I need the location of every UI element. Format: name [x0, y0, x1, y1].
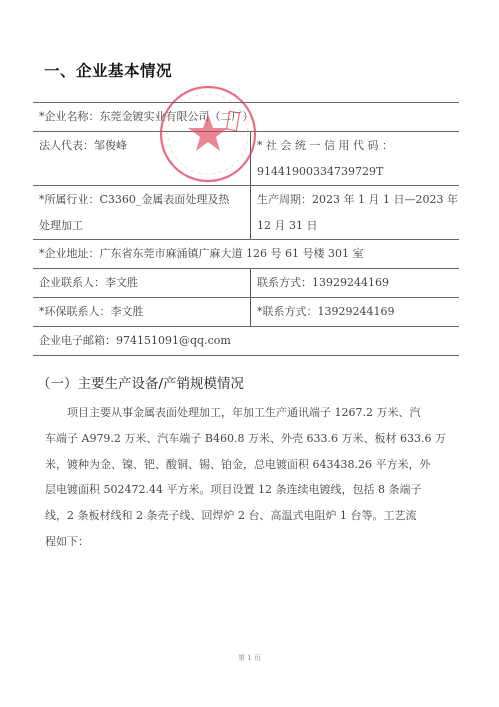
- credit-code-label: * 社 会 统 一 信 用 代 码 ：: [257, 133, 459, 159]
- industry-line-1: *所属行业：C3360_金属表面处理及热: [39, 187, 250, 213]
- section-title: （一）主要生产设备/产销规模情况: [37, 372, 244, 392]
- paragraph-line: 车端子 A979.2 万米、汽车端子 B460.8 万米、外壳 633.6 万米…: [45, 426, 459, 452]
- page-number: 第 1 页: [0, 653, 499, 663]
- table-row-industry: *所属行业：C3360_金属表面处理及热 处理加工 生产周期：2023 年 1 …: [33, 186, 459, 240]
- paragraph-line: 项目主要从事金属表面处理加工，年加工生产通讯端子 1267.2 万米、汽: [45, 400, 459, 426]
- table-row-email: 企业电子邮箱：974151091@qq.com: [33, 327, 459, 356]
- paragraph-line: 米，镀种为金、镍、钯、酸铜、锡、铂金，总电镀面积 643438.26 平方米，外: [45, 452, 459, 478]
- page-heading: 一、企业基本情况: [44, 59, 172, 81]
- env-contact-person-cell: *环保联系人：李文胜: [33, 298, 251, 326]
- production-period-cell: 生产周期：2023 年 1 月 1 日—2023 年 12 月 31 日: [251, 186, 459, 239]
- paragraph-line: 层电镀面积 502472.44 平方米。项目设置 12 条连续电镀线，包括 8 …: [45, 477, 459, 503]
- period-line-2: 12 月 31 日: [257, 213, 459, 239]
- period-line-1: 生产周期：2023 年 1 月 1 日—2023 年: [257, 187, 459, 213]
- company-name-cell: *企业名称：东莞金镀实业有限公司（二厂）: [33, 103, 459, 131]
- paragraph-line: 线，2 条板材线和 2 条壳子线、回焊炉 2 台、高温式电阻炉 1 台等。工艺流: [45, 503, 459, 529]
- env-contact-phone-cell: *联系方式：13929244169: [251, 298, 459, 326]
- credit-code-cell: * 社 会 统 一 信 用 代 码 ： 91441900334739729T: [251, 132, 459, 185]
- legal-rep-cell: 法人代表：邹俊峰: [33, 132, 251, 185]
- email-cell: 企业电子邮箱：974151091@qq.com: [33, 327, 459, 355]
- table-row-company-name: *企业名称：东莞金镀实业有限公司（二厂）: [33, 103, 459, 132]
- industry-cell: *所属行业：C3360_金属表面处理及热 处理加工: [33, 186, 251, 239]
- table-row-address: *企业地址：广东省东莞市麻涌镇广麻大道 126 号 61 号楼 301 室: [33, 240, 459, 269]
- contact-person-cell: 企业联系人：李文胜: [33, 269, 251, 297]
- credit-code-value: 91441900334739729T: [257, 159, 459, 185]
- enterprise-info-table: *企业名称：东莞金镀实业有限公司（二厂） 法人代表：邹俊峰 * 社 会 统 一 …: [33, 102, 459, 356]
- table-row-contact: 企业联系人：李文胜 联系方式：13929244169: [33, 269, 459, 298]
- address-cell: *企业地址：广东省东莞市麻涌镇广麻大道 126 号 61 号楼 301 室: [33, 240, 459, 268]
- industry-line-2: 处理加工: [39, 213, 250, 239]
- legal-rep-text: 法人代表：邹俊峰: [39, 133, 250, 159]
- contact-phone-cell: 联系方式：13929244169: [251, 269, 459, 297]
- paragraph-line: 程如下：: [45, 529, 459, 555]
- table-row-legal-rep: 法人代表：邹俊峰 * 社 会 统 一 信 用 代 码 ： 91441900334…: [33, 132, 459, 186]
- production-description: 项目主要从事金属表面处理加工，年加工生产通讯端子 1267.2 万米、汽 车端子…: [45, 400, 459, 555]
- table-row-env-contact: *环保联系人：李文胜 *联系方式：13929244169: [33, 298, 459, 327]
